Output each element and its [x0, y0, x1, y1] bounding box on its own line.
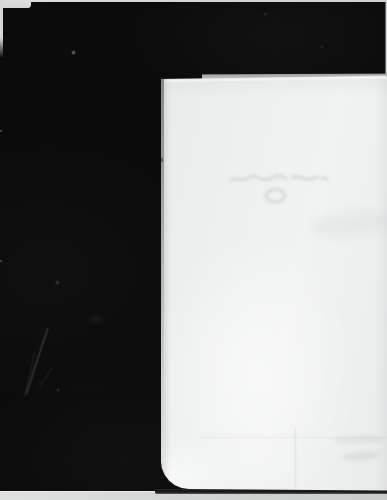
- edge-dot: [0, 260, 2, 262]
- dust-speck: [72, 51, 75, 54]
- vertical-crease: [295, 428, 296, 490]
- scratch-mark: [24, 352, 35, 397]
- paper-shade-spot: [309, 208, 387, 240]
- paper-smudge: [342, 451, 380, 462]
- paper-smudge: [334, 436, 384, 444]
- paper-sheet: [158, 70, 387, 495]
- showthrough-loop: [266, 189, 285, 202]
- paper-left-inner-shadow: [164, 78, 170, 482]
- scratch-mark: [39, 367, 52, 388]
- edge-dot: [0, 130, 2, 132]
- dust-speck: [264, 13, 266, 15]
- showthrough-line: [231, 176, 327, 180]
- scanned-photo-stage: [0, 0, 387, 500]
- board-smudge: [90, 316, 102, 323]
- dust-speck: [56, 281, 59, 284]
- scratch-mark: [25, 327, 48, 394]
- dust-speck: [321, 46, 323, 48]
- dust-speck: [57, 389, 59, 391]
- scanner-bed-top-left-corner: [0, 0, 31, 8]
- showthrough-marks: [228, 169, 330, 207]
- scanner-bed-left-edge: [0, 0, 3, 58]
